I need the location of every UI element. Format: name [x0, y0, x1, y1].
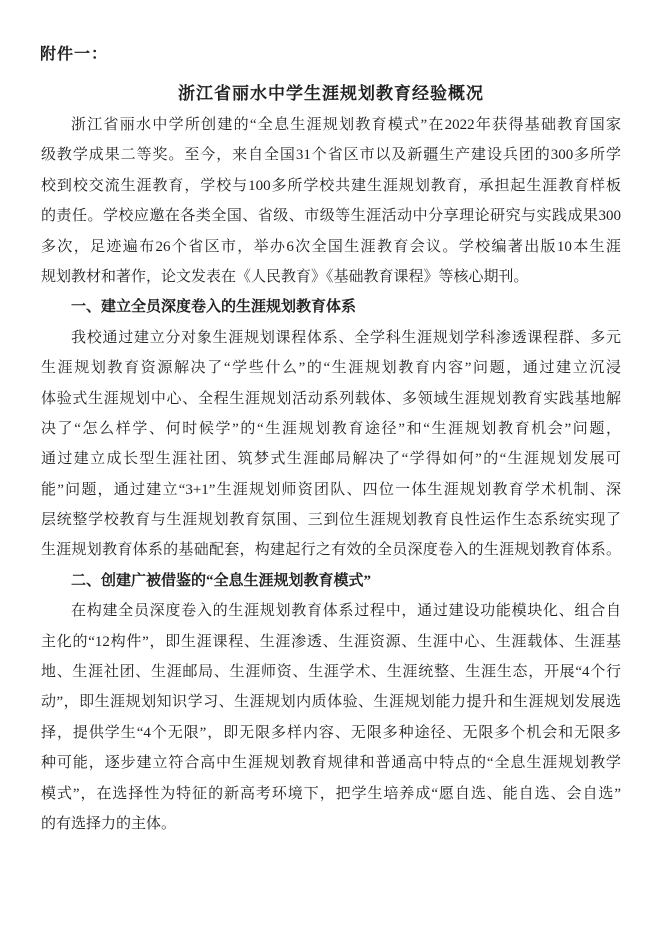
text-line: 动”，即生涯规划知识学习、生涯规划内质体验、生涯规划能力提升和生涯规划发展选 — [41, 687, 621, 717]
text-line: 体验式生涯规划中心、全程生涯规划活动系列载体、多领域生涯规划教育实践基地解 — [41, 384, 621, 414]
text-line: 校到校交流生涯教育，学校与100多所学校共建生涯规划教育，承担起生涯教育样板 — [41, 171, 621, 201]
text-line: 的责任。学校应邀在各类全国、省级、市级等生涯活动中分享理论研究与实践成果300 — [41, 201, 621, 231]
text-line: 级教学成果二等奖。至今，来自全国31个省区市以及新疆生产建设兵团的300多所学 — [41, 140, 621, 170]
text-line: 择，提供学生“4个无限”，即无限多样内容、无限多种途径、无限多个机会和无限多 — [41, 718, 621, 748]
text-line: 种可能，逐步建立符合高中生涯规划教育规律和普通高中特点的“全息生涯规划教学 — [41, 748, 621, 778]
text-line: 生涯规划教育体系的基础配套，构建起行之有效的全员深度卷入的生涯规划教育体系。 — [41, 535, 621, 565]
text-line: 决了“怎么样学、何时候学”的“生涯规划教育途径”和“生涯规划教育机会”问题， — [41, 414, 621, 444]
text-line: 主化的“12构件”，即生涯课程、生涯渗透、生涯资源、生涯中心、生涯载体、生涯基 — [41, 627, 621, 657]
text-line: 规划教材和著作，论文发表在《人民教育》《基础教育课程》等核心期刊。 — [41, 262, 621, 292]
text-line: 的有选择力的主体。 — [41, 809, 621, 839]
section-heading: 二、创建广被借鉴的“全息生涯规划教育模式” — [41, 566, 621, 596]
document-body: 浙江省丽水中学所创建的“全息生涯规划教育模式”在2022年获得基础教育国家 级教… — [41, 110, 621, 839]
text-line: 地、生涯社团、生涯邮局、生涯师资、生涯学术、生涯统整、生涯生态，开展“4个行 — [41, 657, 621, 687]
text-line: 浙江省丽水中学所创建的“全息生涯规划教育模式”在2022年获得基础教育国家 — [41, 110, 621, 140]
text-line: 在构建全员深度卷入的生涯规划教育体系过程中，通过建设功能模块化、组合自 — [41, 596, 621, 626]
text-line: 能”问题，通过建立“3+1”生涯规划师资团队、四位一体生涯规划教育学术机制、深 — [41, 475, 621, 505]
page-title: 浙江省丽水中学生涯规划教育经验概况 — [41, 83, 621, 105]
attachment-label: 附件一： — [40, 45, 108, 65]
text-line: 多次，足迹遍布26个省区市，举办6次全国生涯教育会议。学校编著出版10本生涯 — [41, 232, 621, 262]
text-line: 生涯规划教育资源解决了“学些什么”的“生涯规划教育内容”问题，通过建立沉浸 — [41, 353, 621, 383]
text-line: 我校通过建立分对象生涯规划课程体系、全学科生涯规划学科渗透课程群、多元 — [41, 323, 621, 353]
section-heading: 一、建立全员深度卷入的生涯规划教育体系 — [41, 292, 621, 322]
document-page: 附件一： 浙江省丽水中学生涯规划教育经验概况 浙江省丽水中学所创建的“全息生涯规… — [0, 0, 662, 936]
text-line: 层统整学校教育与生涯规划教育氛围、三到位生涯规划教育良性运作生态系统实现了 — [41, 505, 621, 535]
text-line: 通过建立成长型生涯社团、筑梦式生涯邮局解决了“学得如何”的“生涯规划发展可 — [41, 444, 621, 474]
text-line: 模式”，在选择性为特征的新高考环境下，把学生培养成“愿自选、能自选、会自选” — [41, 779, 621, 809]
